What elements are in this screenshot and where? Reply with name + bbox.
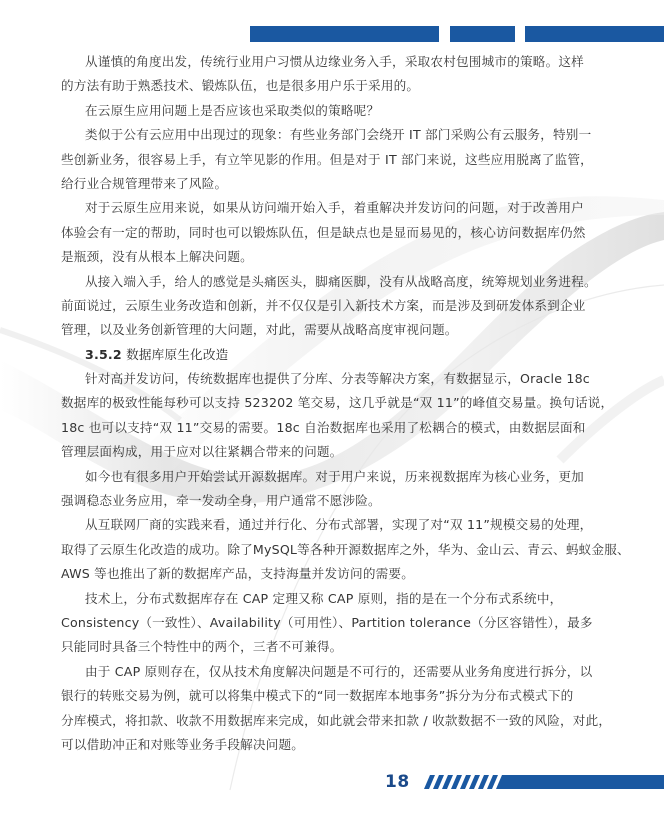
text-line: 的方法有助于熟悉技术、锻炼队伍，也是很多用户乐于采用的。 [61, 74, 604, 98]
text-line: 强调稳态业务应用，牵一发动全身，用户通常不愿涉险。 [61, 489, 604, 513]
footer-solid-bar [496, 775, 664, 789]
text-line: 数据库的极致性能每秒可以支持 523202 笔交易，这几乎就是“双 11”的峰值… [61, 391, 604, 415]
text-line: 只能同时具备三个特性中的两个，三者不可兼得。 [61, 635, 604, 659]
text-line: 是瓶颈，没有从根本上解决问题。 [61, 245, 604, 269]
text-line: 从谨慎的角度出发，传统行业用户习惯从边缘业务入手，采取农村包围城市的策略。这样 [61, 50, 604, 74]
header-bar-left [250, 26, 439, 42]
text-line: AWS 等也推出了新的数据库产品，支持海量并发访问的需要。 [61, 562, 604, 586]
text-line: Consistency（一致性）、Availability（可用性）、Parti… [61, 611, 604, 635]
text-line: 些创新业务，很容易上手，有立竿见影的作用。但是对于 IT 部门来说，这些应用脱离… [61, 148, 604, 172]
footer-stripe [424, 775, 435, 789]
text-line: 对于云原生应用来说，如果从访问端开始入手，着重解决并发访问的问题，对于改善用户 [61, 196, 604, 220]
text-line: 技术上，分布式数据库存在 CAP 定理又称 CAP 原则，指的是在一个分布式系统… [61, 587, 604, 611]
text-line: 针对高并发访问，传统数据库也提供了分库、分表等解决方案，有数据显示，Oracle… [61, 367, 604, 391]
footer-stripe [487, 775, 498, 789]
text-line: 从互联网厂商的实践来看，通过并行化、分布式部署，实现了对“双 11”规模交易的处… [61, 513, 604, 537]
text-line: 体验会有一定的帮助，同时也可以锻炼队伍，但是缺点也是显而易见的，核心访问数据库仍… [61, 221, 604, 245]
header-bar-right [525, 26, 664, 42]
text-line: 取得了云原生化改造的成功。除了MySQL等各种开源数据库之外，华为、金山云、青云… [61, 538, 604, 562]
footer-stripe [442, 775, 453, 789]
text-line: 分库模式，将扣款、收款不用数据库来完成，如此就会带来扣款 / 收款数据不一致的风… [61, 709, 604, 733]
footer-stripe [451, 775, 462, 789]
body-paragraphs-before-heading: 从谨慎的角度出发，传统行业用户习惯从边缘业务入手，采取农村包围城市的策略。这样的… [61, 50, 604, 343]
text-line: 由于 CAP 原则存在，仅从技术角度解决问题是不可行的，还需要从业务角度进行拆分… [61, 660, 604, 684]
page-number: 18 [385, 771, 410, 793]
text-line: 前面说过，云原生业务改造和创新，并不仅仅是引入新技术方案，而是涉及到研发体系到企… [61, 294, 604, 318]
text-line: 从接入端入手，给人的感觉是头痛医头，脚痛医脚，没有从战略高度，统筹规划业务进程。 [61, 270, 604, 294]
footer-stripe-bar-decoration [424, 775, 664, 789]
text-line: 给行业合规管理带来了风险。 [61, 172, 604, 196]
footer-stripe [433, 775, 444, 789]
text-line: 在云原生应用问题上是否应该也采取类似的策略呢？ [61, 99, 604, 123]
page-footer: 18 [0, 770, 664, 794]
footer-stripe [478, 775, 489, 789]
text-line: 如今也有很多用户开始尝试开源数据库。对于用户来说，历来视数据库为核心业务，更加 [61, 465, 604, 489]
text-line: 可以借助冲正和对账等业务手段解决问题。 [61, 733, 604, 757]
body-paragraphs-after-heading: 针对高并发访问，传统数据库也提供了分库、分表等解决方案，有数据显示，Oracle… [61, 367, 604, 757]
text-line: 管理，以及业务创新管理的大问题，对此，需要从战略高度审视问题。 [61, 318, 604, 342]
text-line: 18c 也可以支持“双 11”交易的需要。18c 自治数据库也采用了松耦合的模式… [61, 416, 604, 440]
section-number: 3.5.2 [85, 347, 122, 362]
footer-stripe [460, 775, 471, 789]
text-line: 类似于公有云应用中出现过的现象：有些业务部门会绕开 IT 部门采购公有云服务，特… [61, 123, 604, 147]
section-heading: 3.5.2 数据库原生化改造 [61, 343, 604, 367]
text-line: 银行的转账交易为例，就可以将集中模式下的“同一数据库本地事务”拆分为分布式模式下… [61, 684, 604, 708]
header-bar-middle [450, 26, 515, 42]
section-title: 数据库原生化改造 [126, 347, 228, 362]
text-line: 管理层面构成，用于应对以往紧耦合带来的问题。 [61, 440, 604, 464]
footer-stripe [469, 775, 480, 789]
body-content: 从谨慎的角度出发，传统行业用户习惯从边缘业务入手，采取农村包围城市的策略。这样的… [61, 50, 604, 757]
